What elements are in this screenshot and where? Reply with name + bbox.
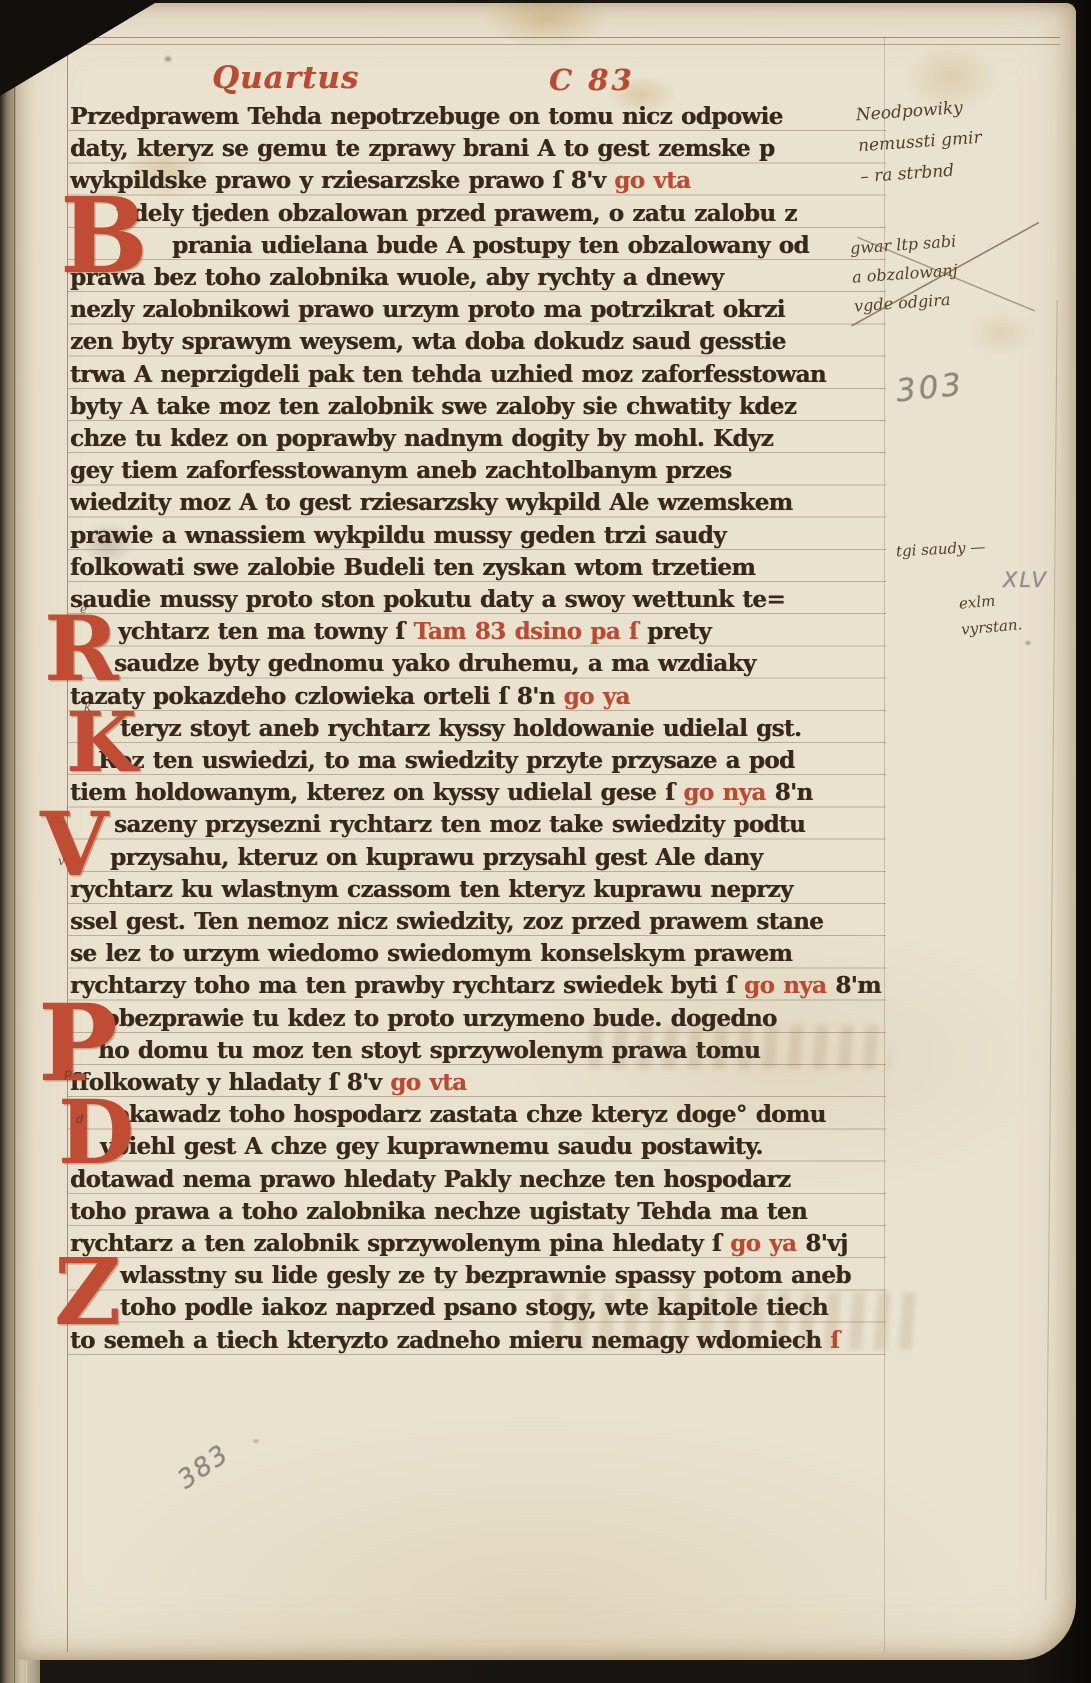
manuscript-line: chze tu kdez on poprawby nadnym dogity b… [70, 422, 773, 454]
manuscript-line: Roz ten uswiedzi, to ma swiedzity przyte… [98, 744, 794, 776]
text-segment: przysahu, kteruz on kuprawu przysahl ges… [110, 844, 762, 871]
guide-letter: p [64, 1066, 72, 1080]
text-segment: prania udielana bude A postupy ten obzal… [172, 232, 809, 259]
text-segment: to semeh a tiech kteryzto zadneho mieru … [70, 1327, 821, 1354]
guide-letter: d [76, 1112, 84, 1126]
manuscript-line: wlasstny su lide gesly ze ty bezprawnie … [120, 1259, 851, 1291]
manuscript-photo: Quartus C 83 Przedprawem Tehda nepotrzeb… [0, 0, 1091, 1683]
text-segment: 8'vj [796, 1230, 847, 1257]
manuscript-line: rychtarz ku wlastnym czassom ten kteryz … [70, 873, 793, 905]
rubric-segment: go vta [614, 167, 690, 194]
manuscript-line: obezprawie tu kdez to proto urzymeno bud… [104, 1002, 777, 1034]
text-segment: vbiehl gest A chze gey kuprawnemu saudu … [100, 1133, 763, 1160]
cross-out-strokes [843, 218, 1049, 328]
text-block: Przedprawem Tehda nepotrzebuge on tomu n… [68, 100, 886, 1358]
text-segment: obezprawie tu kdez to proto urzymeno bud… [104, 1005, 777, 1032]
text-segment: folkowati swe zalobie Budeli ten zyskan … [70, 554, 755, 581]
text-segment: zen byty sprawym weysem, wta doba dokudz… [70, 328, 786, 355]
text-segment: ho domu tu moz ten stoyt sprzywolenym pr… [98, 1037, 760, 1064]
guide-letter: v [58, 854, 65, 868]
rubric-segment: go ya [564, 683, 630, 710]
manuscript-line: nezly zalobnikowi prawo urzym proto ma p… [70, 293, 785, 325]
pencil-roman-numeral: XLV [1003, 568, 1048, 592]
text-segment: 8'n [766, 779, 813, 806]
text-segment: prawie a wnassiem wykpildu mussy geden t… [70, 522, 726, 549]
guide-letter: k [84, 700, 91, 714]
manuscript-line: daty, kteryz se gemu te zprawy brani A t… [70, 132, 774, 164]
text-segment: gey tiem zaforfesstowanym aneb zachtolba… [70, 457, 731, 484]
manuscript-line: saudze byty gednomu yako druhemu, a ma w… [114, 647, 756, 679]
text-segment: wykpildske prawo y rziesarzske prawo ſ 8… [70, 167, 614, 194]
lombard-initial: P [38, 1000, 118, 1087]
lombard-initial: B [60, 193, 148, 278]
manuscript-line: rychtarz a ten zalobnik sprzywolenym pin… [70, 1227, 848, 1259]
text-segment: Roz ten uswiedzi, to ma swiedzity przyte… [98, 747, 794, 774]
manuscript-line: trwa A neprzigdeli pak ten tehda uzhied … [70, 358, 826, 390]
margin-note-line: vyrstan. [960, 611, 1023, 642]
text-segment: toho prawa a toho zalobnika nechze ugist… [70, 1198, 807, 1225]
text-segment: se lez to urzym wiedomo swiedomym konsel… [70, 940, 792, 967]
ruling-line-top-2 [20, 44, 1060, 45]
rubric-segment: go vta [390, 1069, 466, 1096]
rubric-segment: go nya [683, 779, 765, 806]
text-segment: rychtarzy toho ma ten prawby rychtarz sw… [70, 972, 744, 999]
lombard-initial: V [40, 808, 108, 880]
text-segment: chze tu kdez on poprawby nadnym dogity b… [70, 425, 773, 452]
manuscript-line: vbiehl gest A chze gey kuprawnemu saudu … [100, 1130, 763, 1162]
manuscript-line: prania udielana bude A postupy ten obzal… [172, 229, 809, 261]
text-segment: saudie mussy proto ston pokutu daty a sw… [70, 586, 785, 613]
margin-note-saudy: tgi saudy — [895, 532, 986, 568]
lombard-initial: R [44, 613, 119, 687]
manuscript-line: byty A take moz ten zalobnik swe zaloby … [70, 390, 796, 422]
manuscript-line: przysahu, kteruz on kuprawu przysahl ges… [110, 841, 762, 873]
text-segment: ssel gest. Ten nemoz nicz swiedzity, zoz… [70, 908, 823, 935]
manuscript-line: wiedzity moz A to gest rziesarzsky wykpi… [70, 486, 792, 518]
manuscript-line: zen byty sprawym weysem, wta doba dokudz… [70, 325, 786, 357]
text-segment: wiedzity moz A to gest rziesarzsky wykpi… [70, 489, 792, 516]
text-segment: sazeny przysezni rychtarz ten moz take s… [114, 811, 805, 838]
text-segment: daty, kteryz se gemu te zprawy brani A t… [70, 135, 774, 162]
manuscript-line: gey tiem zaforfesstowanym aneb zachtolba… [70, 454, 731, 486]
manuscript-line: ychtarz ten ma towny ſ Tam 83 dsino pa ſ… [118, 615, 711, 647]
manuscript-line: toho prawa a toho zalobnika nechze ugist… [70, 1195, 807, 1227]
text-segment: byty A take moz ten zalobnik swe zaloby … [70, 393, 796, 420]
text-segment: prety [638, 618, 711, 645]
manuscript-line: se lez to urzym wiedomo swiedomym konsel… [70, 937, 792, 969]
manuscript-line: tazaty pokazdeho czlowieka orteli ſ 8'n … [70, 680, 630, 712]
text-segment: rychtarz ku wlastnym czassom ten kteryz … [70, 876, 793, 903]
text-segment: nezly zalobnikowi prawo urzym proto ma p… [70, 296, 785, 323]
guide-letter: e [80, 602, 87, 616]
rubric-segment: go ya [730, 1230, 796, 1257]
manuscript-line: wykpildske prawo y rziesarzske prawo ſ 8… [70, 164, 691, 196]
text-segment: okawadz toho hospodarz zastata chze kter… [114, 1101, 826, 1128]
rubric-segment: ſ [821, 1327, 839, 1354]
text-segment: 8'm [826, 972, 881, 999]
lombard-initial: D [58, 1096, 134, 1168]
text-segment: tiem holdowanym, kterez on kyssy udielal… [70, 779, 683, 806]
manuscript-line: prawa bez toho zalobnika wuole, aby rych… [70, 261, 723, 293]
manuscript-line: tiem holdowanym, kterez on kyssy udielal… [70, 776, 813, 808]
manuscript-line: teryz stoyt aneb rychtarz kyssy holdowan… [120, 712, 801, 744]
text-segment: trwa A neprzigdeli pak ten tehda uzhied … [70, 361, 826, 388]
manuscript-line: dotawad nema prawo hledaty Pakly nechze … [70, 1163, 790, 1195]
manuscript-line: prawie a wnassiem wykpildu mussy geden t… [70, 519, 726, 551]
manuscript-line: toho podle iakoz naprzed psano stogy, wt… [120, 1291, 828, 1323]
manuscript-line: udely tjeden obzalowan przed prawem, o z… [116, 197, 797, 229]
manuscript-line: sazeny przysezni rychtarz ten moz take s… [114, 808, 805, 840]
manuscript-line: saudie mussy proto ston pokutu daty a sw… [70, 583, 785, 615]
text-segment: udely tjeden obzalowan przed prawem, o z… [116, 200, 797, 227]
rubric-segment: go nya [744, 972, 826, 999]
text-segment: dotawad nema prawo hledaty Pakly nechze … [70, 1166, 790, 1193]
manuscript-line: ssel gest. Ten nemoz nicz swiedzity, zoz… [70, 905, 823, 937]
rubric-segment: Tam 83 dsino pa ſ [414, 618, 639, 645]
chapter-number: C 83 [549, 63, 635, 97]
text-segment: saudze byty gednomu yako druhemu, a ma w… [114, 650, 756, 677]
text-segment: tazaty pokazdeho czlowieka orteli ſ 8'n [70, 683, 564, 710]
pencil-folio-number: 303 [894, 367, 966, 410]
margin-note-crossed-out: gwar ltp sabi a obzalowanj vgde odgira [849, 226, 961, 320]
text-segment: toho podle iakoz naprzed psano stogy, wt… [120, 1294, 828, 1321]
ruling-line-top [20, 37, 1060, 38]
text-segment: rychtarz a ten zalobnik sprzywolenym pin… [70, 1230, 730, 1257]
text-segment: wlasstny su lide gesly ze ty bezprawnie … [120, 1262, 851, 1289]
manuscript-line: folkowati swe zalobie Budeli ten zyskan … [70, 551, 755, 583]
margin-note-exlm: exlm vyrstan. [958, 585, 1024, 642]
text-segment: prawa bez toho zalobnika wuole, aby rych… [70, 264, 723, 291]
manuscript-line: Przedprawem Tehda nepotrzebuge on tomu n… [70, 100, 783, 132]
manuscript-line: to semeh a tiech kteryzto zadneho mieru … [70, 1324, 840, 1356]
lombard-initial: K [66, 710, 137, 777]
margin-note-top: Neodpowiky nemussti gmir – ra strbnd [855, 92, 985, 193]
manuscript-line: okawadz toho hospodarz zastata chze kter… [114, 1098, 826, 1130]
manuscript-line: ho domu tu moz ten stoyt sprzywolenym pr… [98, 1034, 760, 1066]
running-title: Quartus [212, 60, 359, 96]
manuscript-line: rychtarzy toho ma ten prawby rychtarz sw… [70, 969, 881, 1001]
text-segment: Przedprawem Tehda nepotrzebuge on tomu n… [70, 103, 783, 130]
text-segment: ychtarz ten ma towny ſ [118, 618, 414, 645]
text-segment: teryz stoyt aneb rychtarz kyssy holdowan… [120, 715, 801, 742]
lombard-initial: Z [54, 1255, 121, 1330]
